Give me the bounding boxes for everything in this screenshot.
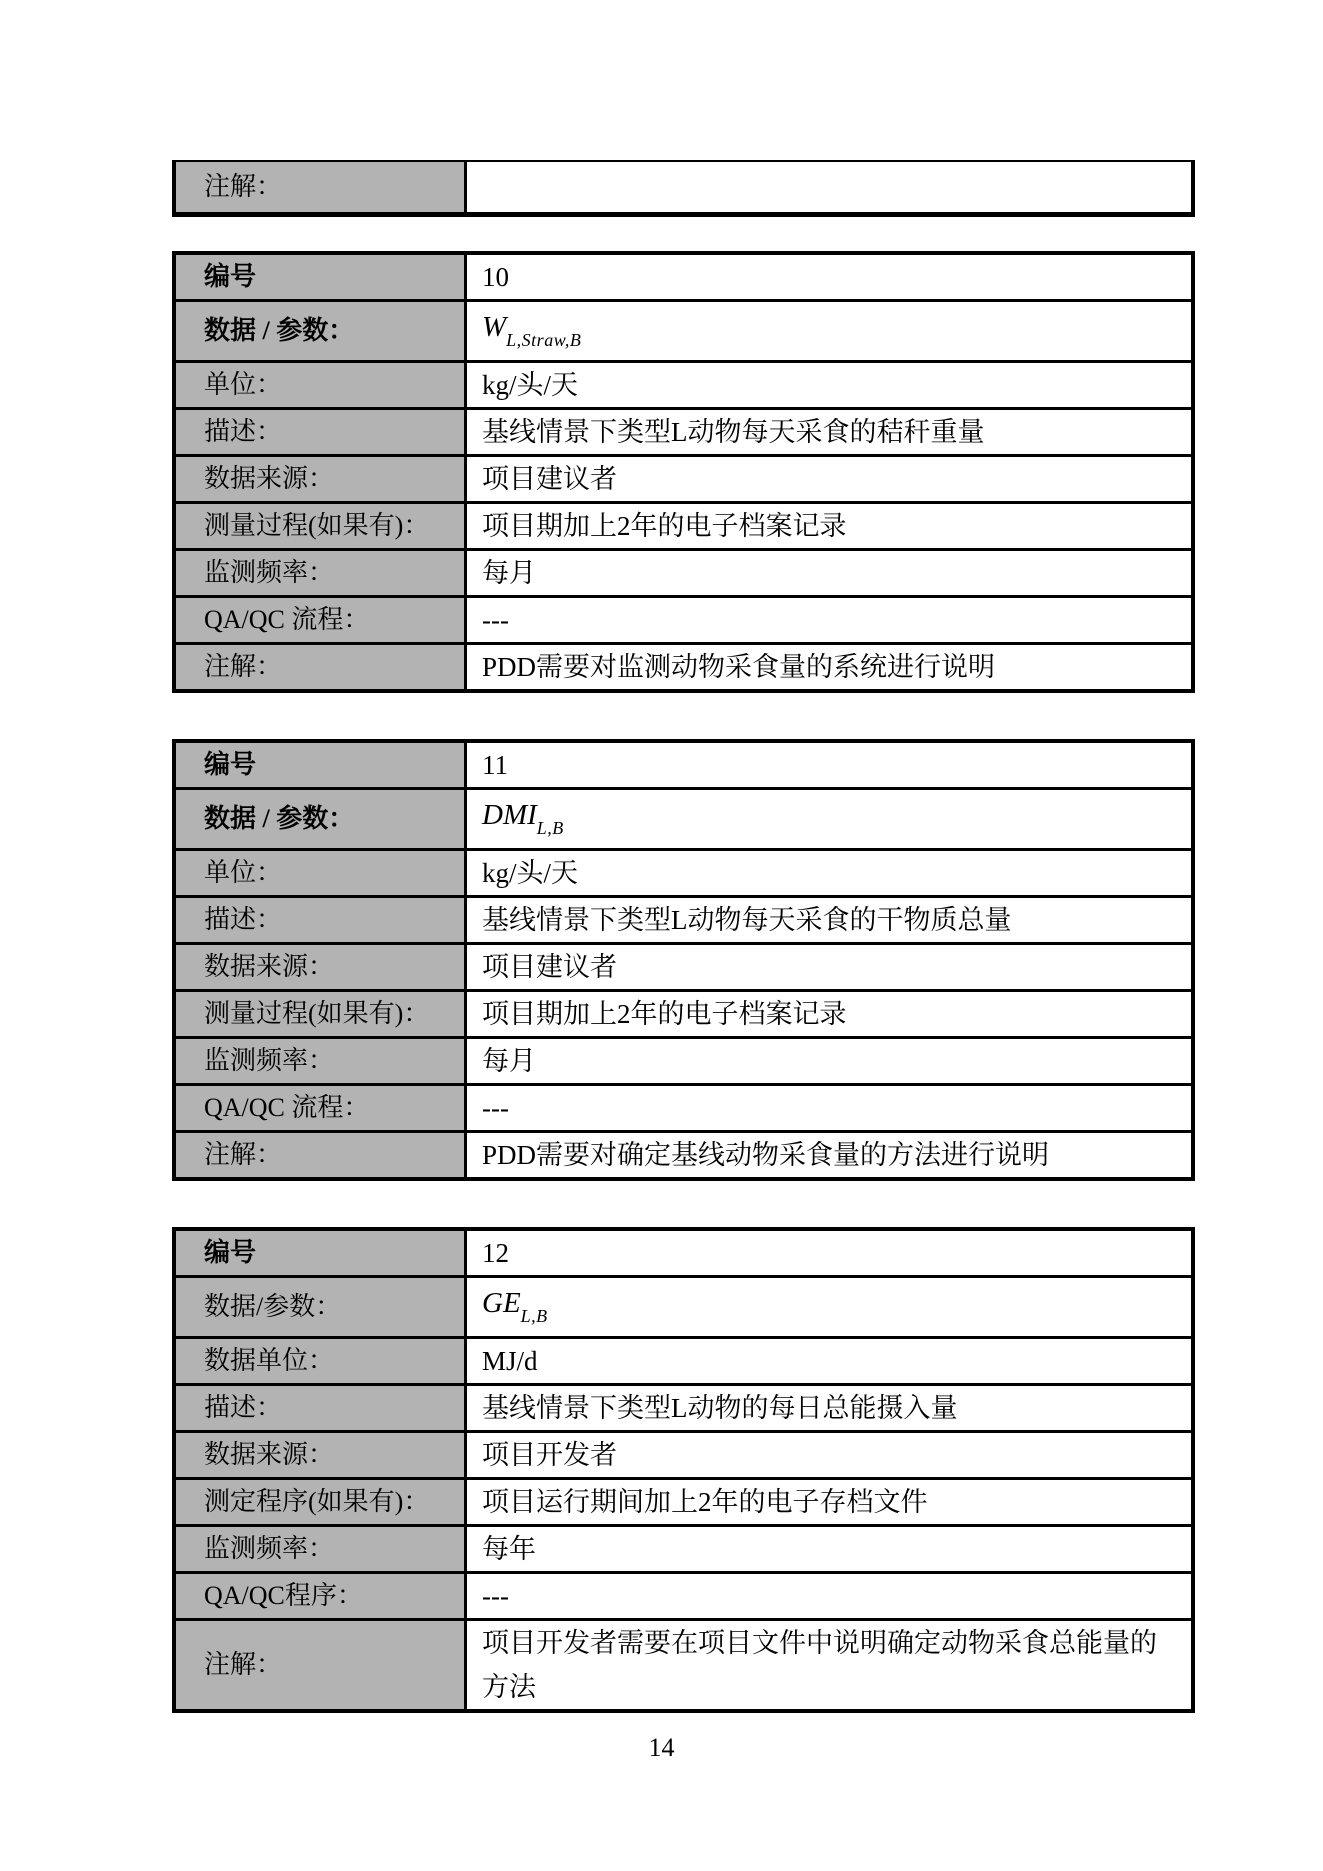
row-value: PDD需要对监测动物采食量的系统进行说明 <box>467 645 1191 689</box>
table-row: 数据来源：项目建议者 <box>176 942 1191 989</box>
table-row: 数据来源：项目开发者 <box>176 1430 1191 1477</box>
formula-subscript: L,B <box>521 1306 548 1326</box>
row-value: PDD需要对确定基线动物采食量的方法进行说明 <box>467 1133 1191 1177</box>
parameter-table: 编号11数据 / 参数：DMIL,B单位：kg/头/天描述：基线情景下类型L动物… <box>172 739 1195 1181</box>
parameter-formula: DMIL,B <box>482 799 564 839</box>
row-value: 10 <box>467 255 1191 299</box>
row-value: MJ/d <box>467 1339 1191 1383</box>
row-value: 项目建议者 <box>467 457 1191 501</box>
row-value: 项目期加上2年的电子档案记录 <box>467 504 1191 548</box>
parameter-tables-container: 注解：编号10数据 / 参数：WL,Straw,B单位：kg/头/天描述：基线情… <box>172 160 1195 1713</box>
formula-base: DMI <box>482 799 537 831</box>
row-value: 11 <box>467 743 1191 787</box>
table-row: 测量过程(如果有)：项目期加上2年的电子档案记录 <box>176 501 1191 548</box>
row-value: 项目期加上2年的电子档案记录 <box>467 992 1191 1036</box>
row-label: 描述： <box>176 410 467 454</box>
row-label: 描述： <box>176 1386 467 1430</box>
table-row: 注解：PDD需要对监测动物采食量的系统进行说明 <box>176 642 1191 689</box>
parameter-table: 编号10数据 / 参数：WL,Straw,B单位：kg/头/天描述：基线情景下类… <box>172 251 1195 693</box>
row-label: QA/QC 流程： <box>176 598 467 642</box>
table-row: 数据 / 参数：DMIL,B <box>176 787 1191 848</box>
document-page: { "page_number": "14", "colors": { "labe… <box>0 0 1323 1871</box>
row-value: GEL,B <box>467 1278 1191 1336</box>
table-row: QA/QC程序：--- <box>176 1571 1191 1618</box>
row-label: QA/QC程序： <box>176 1574 467 1618</box>
formula-base: W <box>482 311 506 343</box>
table-row: 注解： <box>176 162 1191 212</box>
row-label: 数据来源： <box>176 457 467 501</box>
row-label: 单位： <box>176 363 467 407</box>
row-label: 注解： <box>176 1133 467 1177</box>
row-value: kg/头/天 <box>467 851 1191 895</box>
parameter-formula: WL,Straw,B <box>482 311 581 351</box>
row-label: 测定程序(如果有)： <box>176 1480 467 1524</box>
row-value: 项目开发者需要在项目文件中说明确定动物采食总能量的方法 <box>467 1621 1191 1709</box>
row-label: 数据/参数： <box>176 1278 467 1336</box>
row-label: 描述： <box>176 898 467 942</box>
row-label: 单位： <box>176 851 467 895</box>
table-row: 编号11 <box>176 743 1191 787</box>
table-row: 注解：项目开发者需要在项目文件中说明确定动物采食总能量的方法 <box>176 1618 1191 1709</box>
table-row: 注解：PDD需要对确定基线动物采食量的方法进行说明 <box>176 1130 1191 1177</box>
row-label: 注解： <box>176 162 467 212</box>
row-label: QA/QC 流程： <box>176 1086 467 1130</box>
row-label: 编号 <box>176 743 467 787</box>
table-row: 监测频率：每月 <box>176 548 1191 595</box>
table-row: 监测频率：每月 <box>176 1036 1191 1083</box>
page-number: 14 <box>0 1733 1323 1763</box>
table-row: QA/QC 流程：--- <box>176 595 1191 642</box>
row-value: 每年 <box>467 1527 1191 1571</box>
row-label: 测量过程(如果有)： <box>176 992 467 1036</box>
row-value: 基线情景下类型L动物每天采食的干物质总量 <box>467 898 1191 942</box>
table-row: 描述：基线情景下类型L动物每天采食的秸秆重量 <box>176 407 1191 454</box>
row-label: 数据 / 参数： <box>176 790 467 848</box>
table-row: 数据来源：项目建议者 <box>176 454 1191 501</box>
parameter-formula: GEL,B <box>482 1287 548 1327</box>
row-label: 注解： <box>176 645 467 689</box>
table-row: 监测频率：每年 <box>176 1524 1191 1571</box>
row-label: 监测频率： <box>176 1039 467 1083</box>
table-row: 测定程序(如果有)：项目运行期间加上2年的电子存档文件 <box>176 1477 1191 1524</box>
row-value: 12 <box>467 1231 1191 1275</box>
row-value: 基线情景下类型L动物每天采食的秸秆重量 <box>467 410 1191 454</box>
note-table: 注解： <box>172 160 1195 217</box>
row-value: --- <box>467 1086 1191 1130</box>
table-row: 数据/参数：GEL,B <box>176 1275 1191 1336</box>
table-row: QA/QC 流程：--- <box>176 1083 1191 1130</box>
row-label: 数据单位： <box>176 1339 467 1383</box>
row-value: WL,Straw,B <box>467 302 1191 360</box>
table-row: 单位：kg/头/天 <box>176 360 1191 407</box>
row-value: kg/头/天 <box>467 363 1191 407</box>
table-row: 描述：基线情景下类型L动物的每日总能摄入量 <box>176 1383 1191 1430</box>
row-label: 监测频率： <box>176 1527 467 1571</box>
table-row: 单位：kg/头/天 <box>176 848 1191 895</box>
table-row: 数据单位：MJ/d <box>176 1336 1191 1383</box>
row-label: 数据来源： <box>176 945 467 989</box>
row-label: 监测频率： <box>176 551 467 595</box>
row-value: 项目运行期间加上2年的电子存档文件 <box>467 1480 1191 1524</box>
table-row: 编号12 <box>176 1231 1191 1275</box>
table-row: 数据 / 参数：WL,Straw,B <box>176 299 1191 360</box>
row-value: --- <box>467 598 1191 642</box>
formula-base: GE <box>482 1287 521 1319</box>
row-label: 数据来源： <box>176 1433 467 1477</box>
row-label: 编号 <box>176 1231 467 1275</box>
table-row: 测量过程(如果有)：项目期加上2年的电子档案记录 <box>176 989 1191 1036</box>
table-row: 描述：基线情景下类型L动物每天采食的干物质总量 <box>176 895 1191 942</box>
row-value: 基线情景下类型L动物的每日总能摄入量 <box>467 1386 1191 1430</box>
row-label: 注解： <box>176 1621 467 1709</box>
row-value: 每月 <box>467 551 1191 595</box>
row-value: DMIL,B <box>467 790 1191 848</box>
parameter-table: 编号12数据/参数：GEL,B数据单位：MJ/d描述：基线情景下类型L动物的每日… <box>172 1227 1195 1713</box>
row-label: 测量过程(如果有)： <box>176 504 467 548</box>
row-value <box>467 162 1191 212</box>
row-value: 项目开发者 <box>467 1433 1191 1477</box>
row-value: 项目建议者 <box>467 945 1191 989</box>
formula-subscript: L,B <box>537 818 564 838</box>
formula-subscript: L,Straw,B <box>506 330 581 350</box>
table-row: 编号10 <box>176 255 1191 299</box>
row-value: 每月 <box>467 1039 1191 1083</box>
row-value: --- <box>467 1574 1191 1618</box>
row-label: 编号 <box>176 255 467 299</box>
row-label: 数据 / 参数： <box>176 302 467 360</box>
